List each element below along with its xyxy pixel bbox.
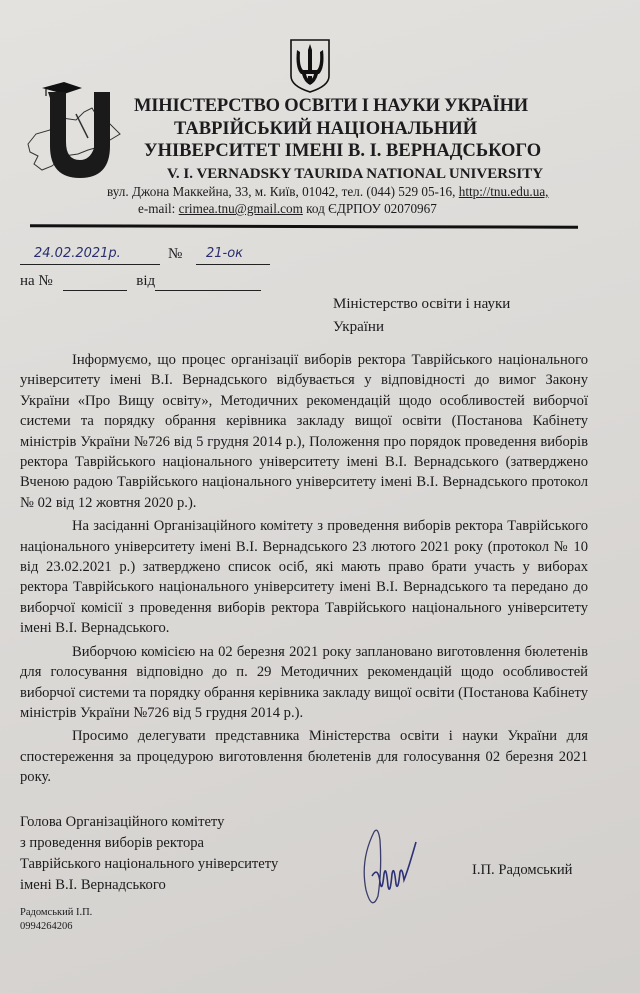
handwritten-signature-icon <box>352 820 432 912</box>
ministry-title: МІНІСТЕРСТВО ОСВІТИ І НАУКИ УКРАЇНИ <box>134 96 528 117</box>
edrpou-code: код ЄДРПОУ 02070967 <box>303 201 437 216</box>
executor-phone: 0994264206 <box>20 920 92 934</box>
reply-date-label: від <box>136 273 155 289</box>
university-title-line2: УНІВЕРСИТЕТ ІМЕНІ В. І. ВЕРНАДСЬКОГО <box>144 141 541 162</box>
email-link[interactable]: crimea.tnu@gmail.com <box>179 201 303 216</box>
addressee-line2: України <box>333 316 510 339</box>
body-paragraph: Інформуємо, що процес організації виборі… <box>20 350 588 513</box>
executor-name: Радомський І.П. <box>20 906 92 920</box>
outgoing-reference: 24.02.2021р. № 21-ок <box>20 246 270 266</box>
body-paragraph: Виборчою комісією на 02 березня 2021 рок… <box>20 642 588 724</box>
email-line: e-mail: crimea.tnu@gmail.com код ЄДРПОУ … <box>138 201 437 217</box>
signatory-title: Голова Організаційного комітету з провед… <box>20 812 278 896</box>
ukraine-trident-icon <box>289 38 331 94</box>
addressee-line1: Міністерство освіти і науки <box>333 293 510 316</box>
university-u-logo <box>24 74 124 184</box>
number-handwritten: 21-ок <box>206 246 243 261</box>
reply-number-label: на № <box>20 273 53 289</box>
letterhead-divider <box>30 224 578 228</box>
university-title-en: V. I. VERNADSKY TAURIDA NATIONAL UNIVERS… <box>167 166 543 183</box>
signatory-title-line: з проведення виборів ректора <box>20 833 278 854</box>
address-text: вул. Джона Маккейна, 33, м. Київ, 01042,… <box>107 184 459 199</box>
number-label: № <box>168 246 182 263</box>
reply-date-blank <box>155 273 261 291</box>
email-label: e-mail: <box>138 201 179 216</box>
signatory-name: І.П. Радомський <box>472 862 572 879</box>
body-paragraph: На засіданні Організаційного комітету з … <box>20 516 588 638</box>
signatory-title-line: Таврійського національного університету <box>20 854 278 875</box>
incoming-reference: на № від <box>20 273 261 291</box>
website-link[interactable]: http://tnu.edu.ua, <box>459 184 549 199</box>
executor-contact: Радомський І.П. 0994264206 <box>20 906 92 934</box>
letter-body: Інформуємо, що процес організації виборі… <box>20 350 588 791</box>
reply-number-blank <box>63 273 127 291</box>
university-title-line1: ТАВРІЙСЬКИЙ НАЦІОНАЛЬНИЙ <box>174 119 477 140</box>
signatory-title-line: імені В.І. Вернадського <box>20 875 278 896</box>
date-handwritten: 24.02.2021р. <box>34 246 121 261</box>
body-paragraph: Просимо делегувати представника Міністер… <box>20 726 588 787</box>
signatory-title-line: Голова Організаційного комітету <box>20 812 278 833</box>
addressee: Міністерство освіти і науки України <box>333 293 510 339</box>
address-line: вул. Джона Маккейна, 33, м. Київ, 01042,… <box>107 184 548 200</box>
